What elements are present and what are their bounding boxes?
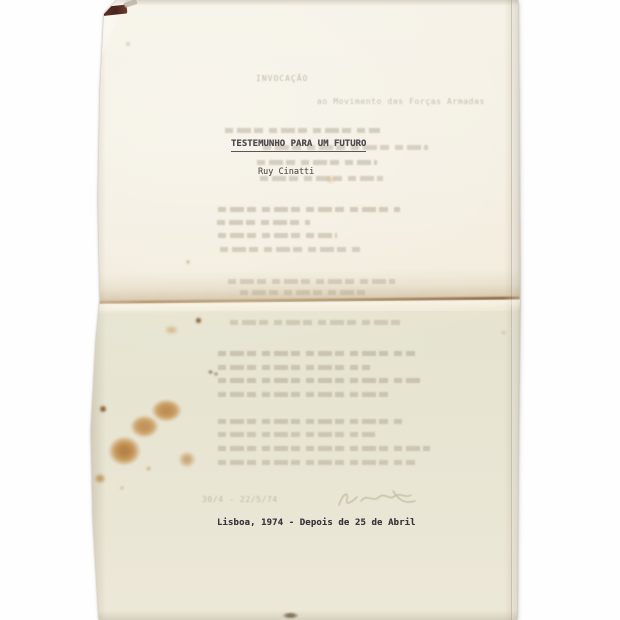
stain-speck <box>214 372 218 376</box>
ghost-line <box>230 320 400 325</box>
stain-speck <box>120 486 124 490</box>
stain-speck <box>186 260 190 264</box>
ghost-line <box>220 247 360 252</box>
ghost-line <box>218 207 400 212</box>
signature-scribble <box>333 483 423 515</box>
ghost-line <box>218 365 370 370</box>
ghost-date-note: 30/4 - 22/5/74 <box>202 495 278 505</box>
ghost-line <box>225 128 380 133</box>
document-author: Ruy Cinatti <box>258 167 314 178</box>
paper-sheet: INVOCAÇÃO ao Movimento das Forças Armada… <box>0 0 620 620</box>
document-title: TESTEMUNHO PARA UM FUTURO <box>231 139 366 152</box>
ghost-heading: INVOCAÇÃO <box>256 74 308 84</box>
paper-surface: INVOCAÇÃO ao Movimento das Forças Armada… <box>0 0 620 620</box>
ghost-line <box>218 432 375 437</box>
ghost-subheading: ao Movimento das Forças Armadas <box>317 97 485 107</box>
ghost-line <box>217 220 310 225</box>
ghost-line <box>218 351 415 356</box>
ghost-line <box>218 233 337 238</box>
ghost-line <box>218 460 415 465</box>
document-footer: Lisboa, 1974 - Depois de 25 de Abril <box>217 517 416 529</box>
horizontal-fold <box>96 296 520 301</box>
stain-speck <box>195 317 202 324</box>
photo-canvas: INVOCAÇÃO ao Movimento das Forças Armada… <box>0 0 620 620</box>
stain-speck <box>126 42 130 46</box>
ghost-line <box>257 160 377 165</box>
ghost-line <box>218 446 430 451</box>
ghost-line <box>218 392 390 397</box>
ghost-line <box>218 378 420 383</box>
ghost-line <box>218 419 405 424</box>
stain-speck <box>282 612 299 619</box>
